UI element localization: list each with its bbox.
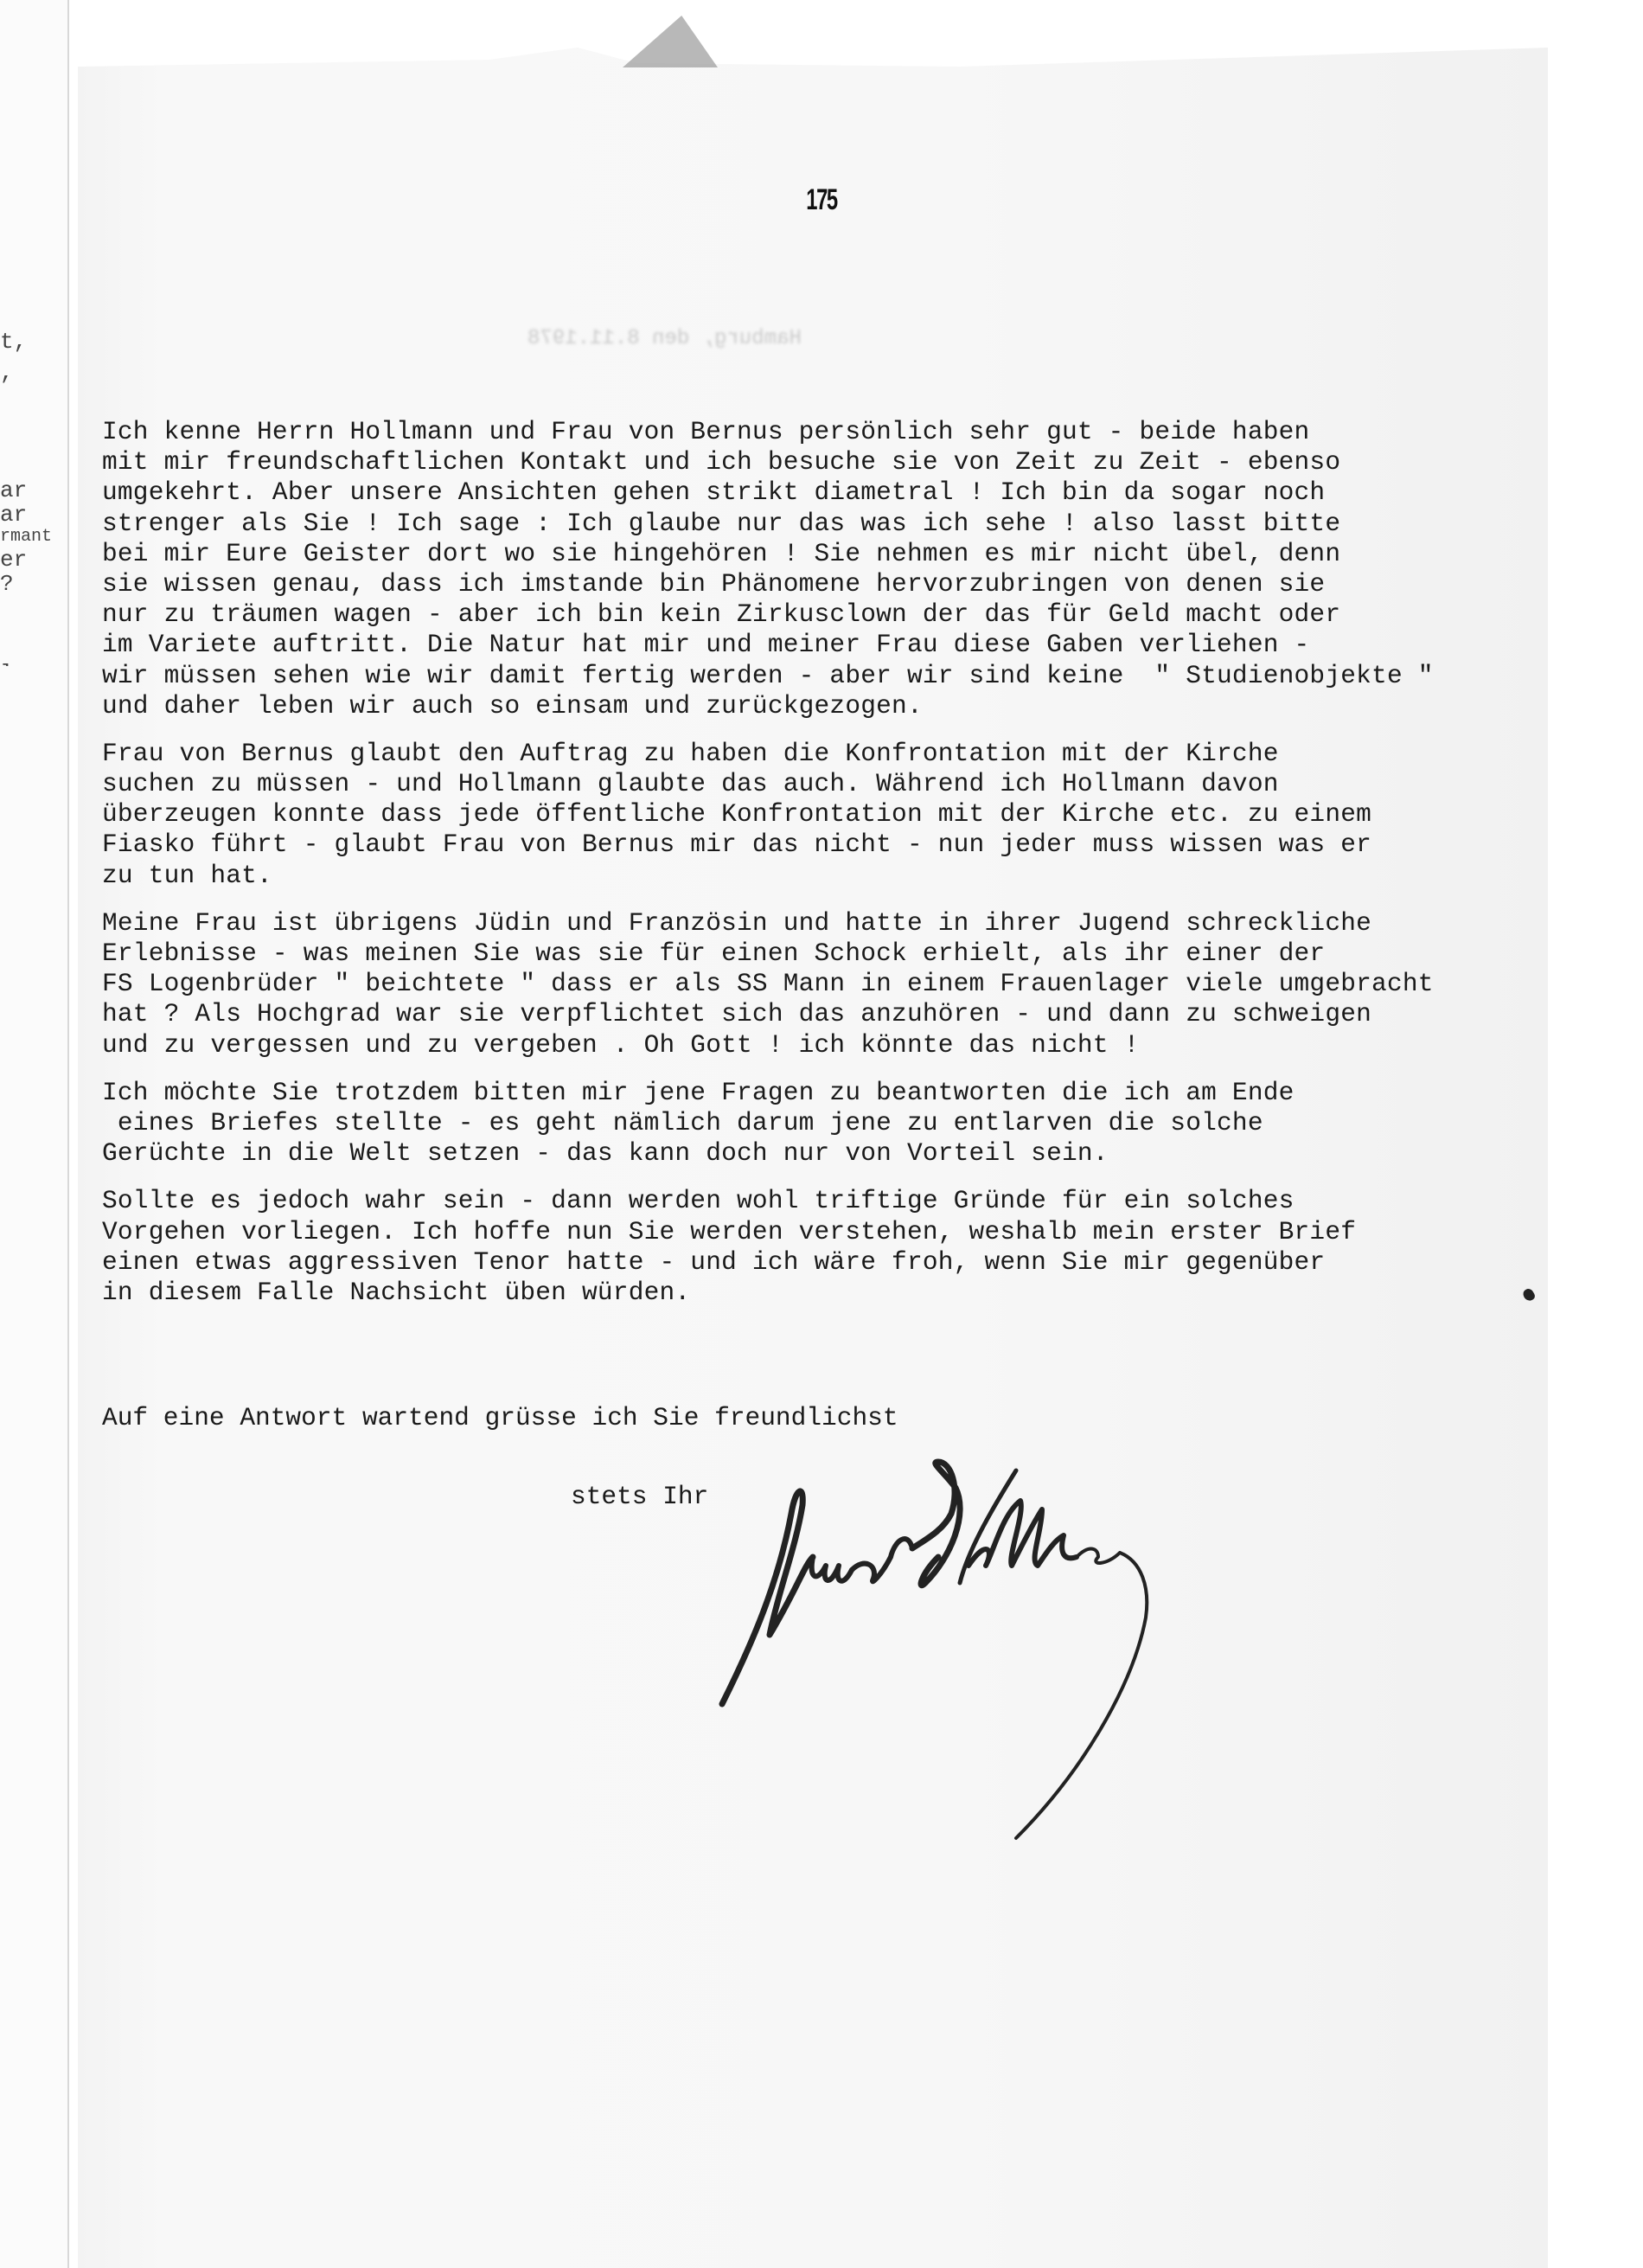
letter-paragraph: Frau von Bernus glaubt den Auftrag zu ha… [102, 739, 1520, 891]
text-line: zu tun hat. [102, 861, 1520, 891]
text-line: in diesem Falle Nachsicht üben würden. [102, 1278, 1520, 1308]
letter-paragraph: Meine Frau ist übrigens Jüdin und Franzö… [102, 908, 1520, 1060]
text-line: suchen zu müssen - und Hollmann glaubte … [102, 769, 1520, 799]
letter-paragraph: Ich kenne Herrn Hollmann und Frau von Be… [102, 417, 1520, 721]
signature [709, 1436, 1314, 1920]
fragment: ? [0, 571, 14, 597]
torn-paper-corner [623, 16, 718, 67]
previous-page-edge: t, , ar ar rmant er ? l t, , ' [0, 0, 69, 2268]
closing-line: Auf eine Antwort wartend grüsse ich Sie … [102, 1403, 898, 1432]
text-line: bei mir Eure Geister dort wo sie hingehö… [102, 539, 1520, 569]
text-line: Ich kenne Herrn Hollmann und Frau von Be… [102, 417, 1520, 447]
text-line: umgekehrt. Aber unsere Ansichten gehen s… [102, 477, 1520, 508]
text-line: mit mir freundschaftlichen Kontakt und i… [102, 447, 1520, 477]
fragment: l [0, 661, 14, 666]
text-line: Gerüchte in die Welt setzen - das kann d… [102, 1138, 1520, 1169]
fragment: er [0, 547, 27, 573]
text-line: strenger als Sie ! Ich sage : Ich glaube… [102, 509, 1520, 539]
text-line: eines Briefes stellte - es geht nämlich … [102, 1108, 1520, 1138]
text-line: Ich möchte Sie trotzdem bitten mir jene … [102, 1078, 1520, 1108]
fragment: , [0, 360, 14, 386]
text-line: Meine Frau ist übrigens Jüdin und Franzö… [102, 908, 1520, 939]
text-line: im Variete auftritt. Die Natur hat mir u… [102, 630, 1520, 660]
text-line: Fiasko führt - glaubt Frau von Bernus mi… [102, 830, 1520, 860]
text-line: hat ? Als Hochgrad war sie verpflichtet … [102, 999, 1520, 1029]
letter-paragraph: Ich möchte Sie trotzdem bitten mir jene … [102, 1078, 1520, 1169]
bleed-through-text: Hamburg, den 8.11.1978 [527, 327, 802, 350]
letter-paragraph: Sollte es jedoch wahr sein - dann werden… [102, 1186, 1520, 1308]
text-line: Erlebnisse - was meinen Sie was sie für … [102, 939, 1520, 969]
valediction: stets Ihr [571, 1482, 708, 1511]
text-line: Vorgehen vorliegen. Ich hoffe nun Sie we… [102, 1217, 1520, 1247]
page-number: 175 [246, 183, 1397, 217]
text-line: und zu vergessen und zu vergeben . Oh Go… [102, 1030, 1520, 1060]
text-line: nur zu träumen wagen - aber ich bin kein… [102, 599, 1520, 630]
fragment: ar [0, 477, 27, 503]
text-line: überzeugen konnte dass jede öffentliche … [102, 799, 1520, 830]
text-line: und daher leben wir auch so einsam und z… [102, 691, 1520, 721]
fragment: t, [0, 329, 27, 355]
previous-page-text-fragments: t, , ar ar rmant er ? l t, , ' [0, 329, 61, 666]
letter-body: Ich kenne Herrn Hollmann und Frau von Be… [102, 417, 1520, 1325]
text-line: einen etwas aggressiven Tenor hatte - un… [102, 1247, 1520, 1278]
text-line: sie wissen genau, dass ich imstande bin … [102, 569, 1520, 599]
text-line: Frau von Bernus glaubt den Auftrag zu ha… [102, 739, 1520, 769]
text-line: wir müssen sehen wie wir damit fertig we… [102, 661, 1520, 691]
text-line: Sollte es jedoch wahr sein - dann werden… [102, 1186, 1520, 1216]
text-line: FS Logenbrüder " beichtete " dass er als… [102, 969, 1520, 999]
